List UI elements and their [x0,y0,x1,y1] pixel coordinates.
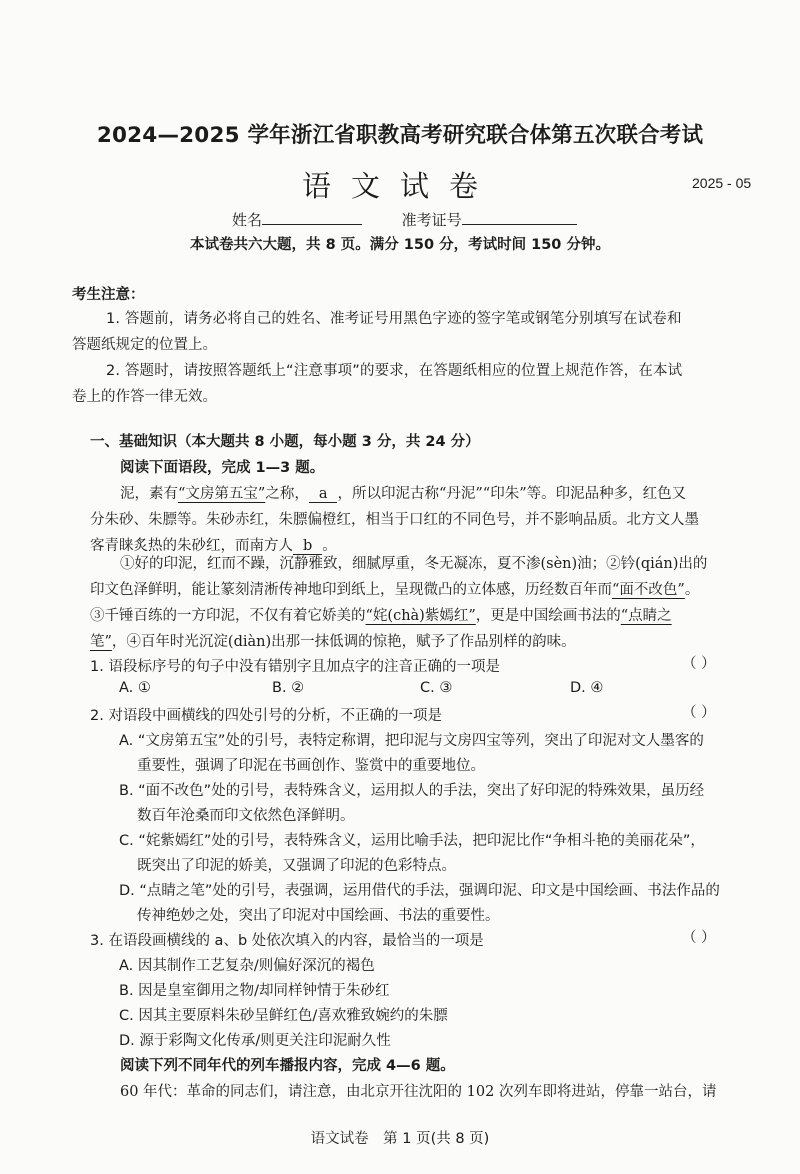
passage-line: 印文色泽鲜明，能让篆刻清淅传神地印到纸上，呈现微凸的立体感，历经数百年而“面不改… [90,578,699,599]
option-a[interactable]: A. 因其制作工艺复杂/则偏好深沉的褐色 [119,954,375,975]
option-b[interactable]: B. 因是皇室御用之物/却同样钟情于朱砂红 [119,979,390,1000]
option-c[interactable]: C. ③ [420,680,452,696]
answer-paren[interactable]: （ ） [682,701,716,722]
option-b[interactable]: B. ② [272,680,304,696]
id-label: 准考证号 [402,211,462,229]
option-b[interactable]: B. “面不改色”处的引号，表特殊含义，运用拟人的手法，突出了好印泥的特殊效果，… [119,779,704,800]
option-a[interactable]: A. ① [119,680,151,696]
passage-line: 60 年代：革命的同志们，请注意，由北京开往沈阳的 102 次列车即将进站，停靠… [120,1080,716,1101]
page-footer: 语文试卷 第 1 页(共 8 页) [0,1127,800,1148]
passage-line: 泥，素有“文房第五宝”之称，a，所以印泥古称“丹泥”“印朱”等。印泥品种多，红色… [120,482,686,503]
option-d-cont: 传神绝妙之处，突出了印泥对中国绘画、书法的重要性。 [137,904,500,925]
exam-title: 2024—2025 学年浙江省职教高考研究联合体第五次联合考试 [0,118,800,149]
notice-item-2: 2. 答题时，请按照答题纸上“注意事项”的要求，在答题纸相应的位置上规范作答，在… [106,359,682,380]
notice-item-1-cont: 答题纸规定的位置上。 [72,333,217,354]
option-d[interactable]: D. 源于彩陶文化传承/则更关注印泥耐久性 [119,1029,391,1050]
question-1-stem: 1. 语段标序号的句子中没有错别字且加点字的注音正确的一项是 [90,655,500,676]
exam-date: 2025 - 05 [692,175,751,191]
option-c[interactable]: C. “姹紫嫣红”处的引号，表特殊含义，运用比喻手法，把印泥比作“争相斗艳的美丽… [119,829,705,850]
section-heading: 一、基础知识（本大题共 8 小题，每小题 3 分，共 24 分） [90,430,480,451]
option-a-cont: 重要性，强调了印泥在书画创作、鉴赏中的重要地位。 [137,754,485,775]
reading-intro: 阅读下面语段，完成 1—3 题。 [120,456,324,477]
notice-item-2-cont: 卷上的作答一律无效。 [72,385,217,406]
option-c[interactable]: C. 因其主要原料朱砂呈鲜红色/喜欢雅致婉约的朱膘 [119,1004,448,1025]
question-2-stem: 2. 对语段中画横线的四处引号的分析，不正确的一项是 [90,704,442,725]
answer-paren[interactable]: （ ） [682,652,716,673]
option-a[interactable]: A. “文房第五宝”处的引号，表特定称谓，把印泥与文房四宝等列，突出了印泥对文人… [119,729,704,750]
option-d[interactable]: D. ④ [570,680,603,696]
answer-paren[interactable]: （ ） [682,926,716,947]
option-c-cont: 既突出了印泥的娇美，又强调了印泥的色彩特点。 [137,854,456,875]
option-d[interactable]: D. “点睛之笔”处的引号，表强调，运用借代的手法，强调印泥、印文是中国绘画、书… [119,879,720,900]
subject-title: 语文试卷 [0,164,800,205]
id-blank[interactable] [462,210,577,225]
passage-line: ③千锤百练的一方印泥，不仅有着它娇美的“姹(chà)紫嫣红”，更是中国绘画书法的… [90,604,672,625]
candidate-info-row: 姓名 准考证号 [232,209,577,230]
notice-item-1: 1. 答题前，请务必将自己的姓名、准考证号用黑色字迹的签字笔或钢笔分别填写在试卷… [106,307,682,328]
blank-a: a [309,486,338,503]
passage-line: 分朱砂、朱膘等。朱砂赤红，朱膘偏橙红，相当于口红的不同色号，并不影响品质。北方文… [90,508,699,529]
notice-heading: 考生注意： [72,283,145,304]
name-blank[interactable] [262,210,362,225]
reading-intro-2: 阅读下列不同年代的列车播报内容，完成 4—6 题。 [120,1054,455,1075]
exam-info: 本试卷共六大题，共 8 页。满分 150 分，考试时间 150 分钟。 [0,233,800,254]
name-label: 姓名 [232,211,262,229]
passage-line: 笔”，④百年时光沉淀(diàn)出那一抹低调的惊艳，赋予了作品别样的韵味。 [90,630,576,651]
question-3-stem: 3. 在语段画横线的 a、b 处依次填入的内容，最恰当的一项是 [90,929,484,950]
passage-line: ①好的印泥，红而不躁，沉静雅致，细腻厚重，冬无凝冻，夏不渗(sèn)油；②钤(q… [120,552,707,573]
option-b-cont: 数百年沧桑而印文依然色泽鲜明。 [137,804,355,825]
